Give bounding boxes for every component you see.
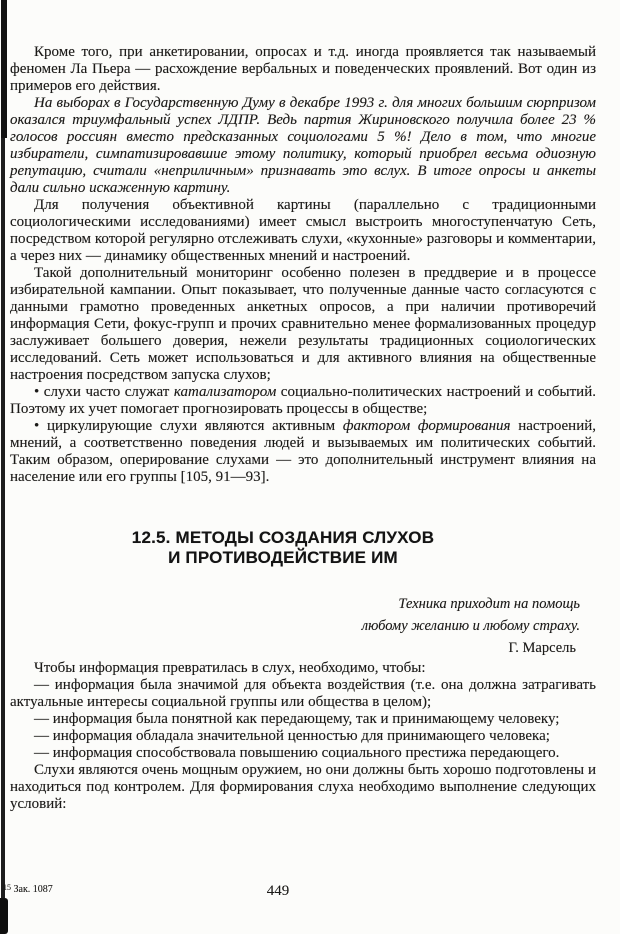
page-number: 449 bbox=[0, 883, 556, 900]
emphasized-term: катализатором bbox=[174, 384, 276, 400]
section-heading: 12.5. МЕТОДЫ СОЗДАНИЯ СЛУХОВ И ПРОТИВОДЕ… bbox=[0, 528, 576, 568]
scan-edge-artifact-top bbox=[1, 0, 7, 138]
epigraph: Техника приходит на помощь любому желани… bbox=[10, 594, 596, 637]
condition-item-significance: — информация была значимой для объекта в… bbox=[10, 677, 596, 711]
list-item-rumor-catalyst: • слухи часто служат катализатором социа… bbox=[10, 384, 596, 418]
list-item-rumor-factor: • циркулирующие слухи являются активным … bbox=[10, 418, 596, 486]
list-item-text: • циркулирующие слухи являются активным bbox=[34, 418, 343, 434]
condition-item-prestige: — информация способствовала повышению со… bbox=[10, 745, 596, 762]
epigraph-line2: любому желанию и любому страху. bbox=[10, 616, 580, 638]
list-item-text: • слухи часто служат bbox=[34, 384, 174, 400]
emphasized-term: фактором формирования bbox=[343, 418, 511, 434]
paragraph-election-example: На выборах в Государственную Думу в дека… bbox=[10, 95, 596, 197]
condition-item-clarity: — информация была понятной как передающе… bbox=[10, 711, 596, 728]
section-heading-line2: И ПРОТИВОДЕЙСТВИЕ ИМ bbox=[0, 548, 576, 568]
paragraph-network-method: Для получения объективной картины (парал… bbox=[10, 197, 596, 265]
page-body: Кроме того, при анкетировании, опросах и… bbox=[10, 44, 596, 813]
scanned-book-page: Кроме того, при анкетировании, опросах и… bbox=[0, 0, 620, 934]
condition-item-value: — информация обладала значительной ценно… bbox=[10, 728, 596, 745]
epigraph-line1: Техника приходит на помощь bbox=[10, 594, 580, 616]
paragraph-final: Слухи являются очень мощным оружием, но … bbox=[10, 762, 596, 813]
scan-edge-artifact-bottom bbox=[0, 898, 8, 934]
epigraph-author: Г. Марсель bbox=[10, 638, 596, 660]
paragraph-monitoring: Такой дополнительный мониторинг особенно… bbox=[10, 265, 596, 384]
scan-edge-artifact bbox=[1, 0, 5, 934]
paragraph-lapierre-phenomenon: Кроме того, при анкетировании, опросах и… bbox=[10, 44, 596, 95]
paragraph-intro-conditions: Чтобы информация превратилась в слух, не… bbox=[10, 660, 596, 677]
section-heading-line1: 12.5. МЕТОДЫ СОЗДАНИЯ СЛУХОВ bbox=[0, 528, 576, 548]
